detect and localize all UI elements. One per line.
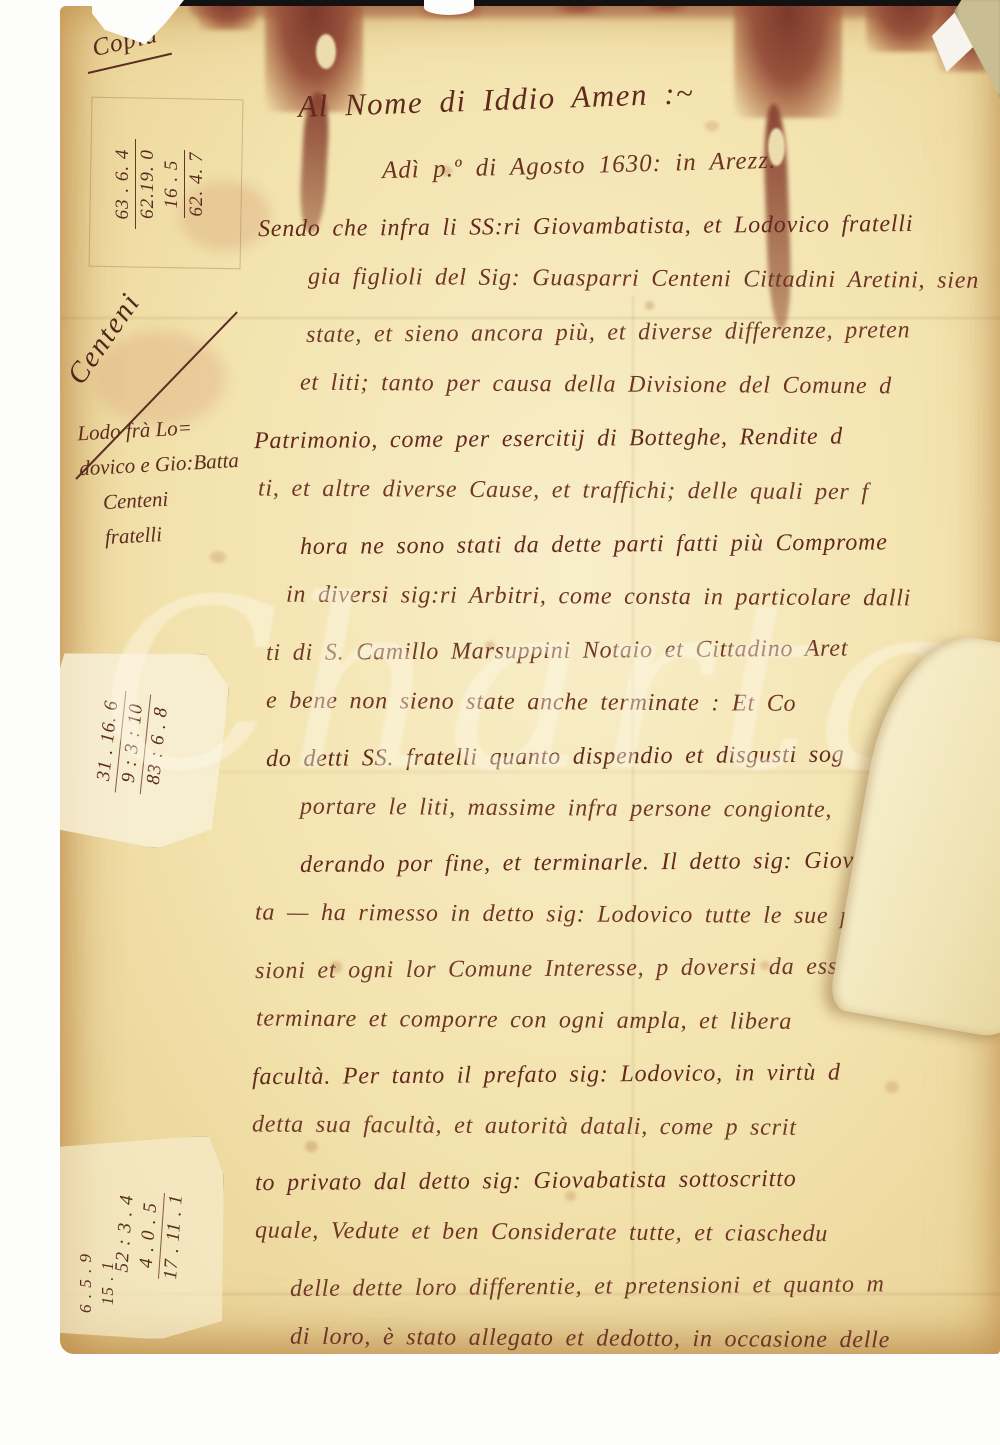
- torn-edge-notch: [424, 0, 474, 15]
- ledger-figure: 15 . 1: [97, 1251, 119, 1315]
- manuscript-line: in diversi sig:ri Arbitri, come consta i…: [286, 569, 1000, 627]
- ledger-figure: 63 . 6. 4: [111, 139, 136, 230]
- manuscript-line: Sendo che infra li SS:ri Giovambatista, …: [258, 197, 1000, 256]
- manuscript-line: ti, et altre diverse Cause, et traffichi…: [258, 463, 1000, 521]
- burn-stain: [646, 6, 688, 12]
- dateline: Adì p.º di Agosto 1630: in Arezz.: [382, 147, 777, 185]
- manuscript-line: ti di S. Camillo Marsuppini Notaio et Ci…: [266, 621, 1000, 680]
- manuscript-line: et liti; tanto per causa della Divisione…: [300, 357, 1000, 415]
- ledger-figure: 6 . 5 . 9: [75, 1243, 97, 1323]
- scanned-document-canvas: 63 . 6. 462.19. 016 . 562. 4. 7 Copia Ce…: [0, 0, 1000, 1445]
- manuscript-line: detta sua facultà, et autorità datali, c…: [252, 1099, 1000, 1157]
- ledger-figure: 62.19. 0: [136, 139, 160, 229]
- manuscript-line: to privato dal detto sig: Giovabatista s…: [255, 1151, 1000, 1210]
- manuscript-line: quale, Vedute et ben Considerate tutte, …: [255, 1205, 1000, 1263]
- manuscript-line: delle dette loro differentie, et pretens…: [290, 1257, 1000, 1316]
- manuscript-line: state, et sieno ancora più, et diverse d…: [306, 303, 1000, 362]
- manuscript-paper-sheet: 63 . 6. 462.19. 016 . 562. 4. 7 Copia Ce…: [60, 6, 1000, 1354]
- ledger-figure: 62. 4. 7: [185, 142, 209, 227]
- manuscript-line: facultà. Per tanto il prefato sig: Lodov…: [252, 1045, 1000, 1104]
- burn-stain: [554, 6, 602, 14]
- manuscript-line: gia figlioli del Sig: Guasparri Centeni …: [308, 251, 1000, 309]
- ledger-figures-mid-left: 31 . 16. 69 : 3 : 1083 : 6 . 8: [60, 639, 237, 848]
- burn-stain: [198, 6, 256, 30]
- ledger-figures-bottom-edge: 6 . 5 . 915 . 1: [60, 1218, 162, 1348]
- burn-stain: [734, 6, 842, 118]
- paper-hole: [316, 34, 336, 69]
- foxing-spot: [705, 121, 719, 131]
- foxing-spot: [210, 551, 226, 563]
- ledger-figures-top-left: 63 . 6. 462.19. 016 . 562. 4. 7: [70, 94, 250, 274]
- manuscript-line: Patrimonio, come per esercitij di Botteg…: [254, 409, 1000, 468]
- manuscript-line: hora ne sono stati da dette parti fatti …: [300, 515, 1000, 574]
- manuscript-line: di loro, è stato allegato et dedotto, in…: [290, 1311, 1000, 1354]
- ledger-figure: 16 . 5: [160, 150, 185, 219]
